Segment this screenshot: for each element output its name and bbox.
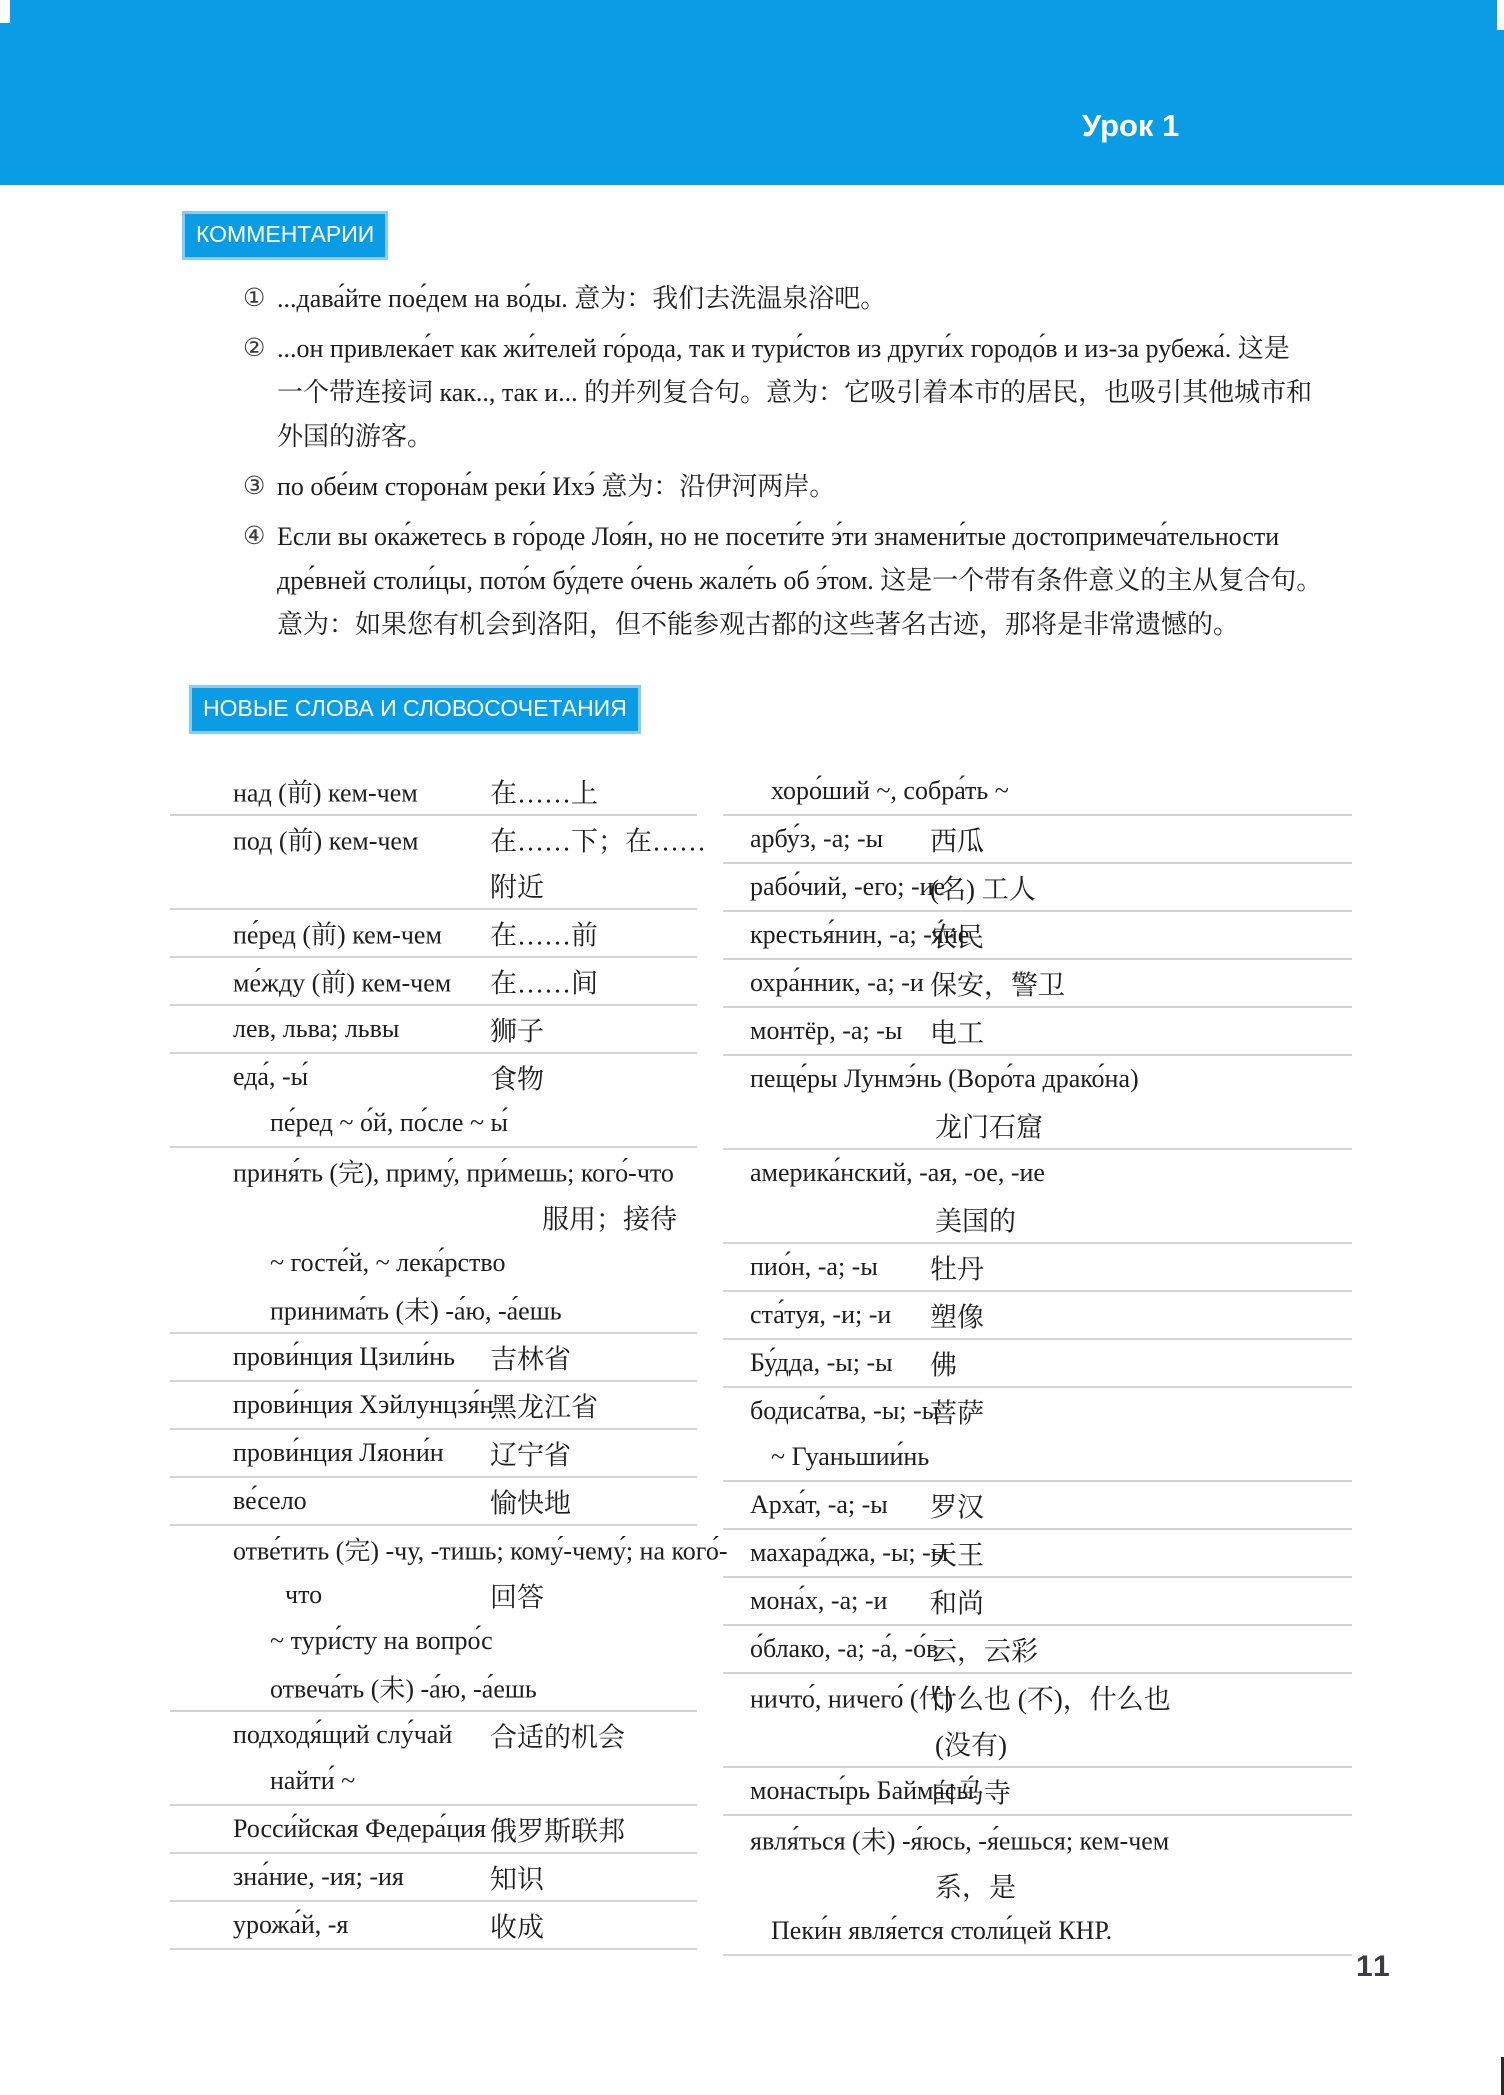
vocab-row: ничто́, ничего́ (代)什么也 (不)，什么也(没有) bbox=[723, 1674, 1352, 1768]
vocab-line: лев, льва; львы狮子 bbox=[170, 1006, 697, 1052]
vocab-chinese-text: 天王 bbox=[930, 1534, 984, 1573]
comment-number-marker: ① bbox=[243, 277, 277, 321]
vocab-chinese-text: 回答 bbox=[490, 1576, 544, 1615]
vocab-row: ве́село愉快地 bbox=[170, 1478, 697, 1526]
vocab-line: охра́нник, -а; -и保安，警卫 bbox=[723, 960, 1352, 1006]
vocab-chinese-text: 服用；接待 bbox=[542, 1198, 677, 1237]
vocab-line: Бу́дда, -ы; -ы佛 bbox=[723, 1340, 1352, 1386]
vocab-russian-text: пе́ред (前) кем-чем bbox=[233, 915, 442, 952]
vocab-row: пеще́ры Лунмэ́нь (Воро́та драко́на)龙门石窟 bbox=[723, 1056, 1352, 1150]
vocab-chinese-text: 食物 bbox=[490, 1058, 544, 1097]
corner-notch-right bbox=[1497, 0, 1504, 30]
vocab-russian-text: ~ госте́й, ~ лека́рство bbox=[270, 1248, 505, 1278]
vocab-line: прови́нция Цзили́нь吉林省 bbox=[170, 1334, 697, 1380]
vocab-line: бодиса́тва, -ы; -ы菩萨 bbox=[723, 1388, 1352, 1434]
vocab-row: ста́туя, -и; -и塑像 bbox=[723, 1292, 1352, 1340]
vocab-russian-text: пио́н, -а; -ы bbox=[750, 1252, 878, 1282]
vocab-russian-text: монтёр, -а; -ы bbox=[750, 1016, 902, 1046]
vocab-chinese-text: 合适的机会 bbox=[490, 1716, 625, 1755]
vocab-row: арбу́з, -а; -ы西瓜 bbox=[723, 816, 1352, 864]
vocab-row: монасты́рь Баймасы́白马寺 bbox=[723, 1768, 1352, 1816]
vocab-row: приня́ть (完), приму́, при́мешь; кого́-чт… bbox=[170, 1148, 697, 1334]
vocab-row: явля́ться (未) -я́юсь, -я́ешься; кем-чем系… bbox=[723, 1816, 1352, 1956]
vocab-chinese-text: 菩萨 bbox=[930, 1392, 984, 1431]
vocab-row: отве́тить (完) -чу, -тишь; кому́-чему́; н… bbox=[170, 1526, 697, 1712]
vocab-line: отве́тить (完) -чу, -тишь; кому́-чему́; н… bbox=[170, 1526, 697, 1572]
vocab-russian-text: ста́туя, -и; -и bbox=[750, 1300, 891, 1330]
vocab-chinese-text: 罗汉 bbox=[930, 1486, 984, 1525]
vocab-line: ста́туя, -и; -и塑像 bbox=[723, 1292, 1352, 1338]
vocab-row: Росси́йская Федера́ция俄罗斯联邦 bbox=[170, 1806, 697, 1854]
vocab-russian-text: ничто́, ничего́ (代) bbox=[750, 1679, 953, 1716]
comment-text-lines: Если вы ока́жетесь в го́роде Лоя́н, но н… bbox=[277, 515, 1483, 647]
vocab-chinese-text: 电工 bbox=[930, 1012, 984, 1051]
comment-item: ④Если вы ока́жетесь в го́роде Лоя́н, но … bbox=[243, 515, 1483, 647]
comments-list: ①...дава́йте пое́дем на во́ды. 意为：我们去洗温泉… bbox=[243, 277, 1483, 653]
vocab-row: под (前) кем-чем在……下；在……附近 bbox=[170, 816, 697, 910]
vocab-line: зна́ние, -ия; -ия知识 bbox=[170, 1854, 697, 1900]
vocab-row: зна́ние, -ия; -ия知识 bbox=[170, 1854, 697, 1902]
vocab-russian-text: Бу́дда, -ы; -ы bbox=[750, 1348, 893, 1378]
vocab-line: ничто́, ничего́ (代)什么也 (不)，什么也 bbox=[723, 1674, 1352, 1720]
vocab-chinese-text: 系，是 bbox=[935, 1866, 1016, 1905]
vocab-chinese-text: 保安，警卫 bbox=[930, 964, 1065, 1003]
comment-line-text: дре́вней столи́цы, пото́м бу́дете о́чень… bbox=[277, 559, 1483, 603]
vocab-line: (没有) bbox=[723, 1720, 1352, 1766]
vocab-chinese-text: 吉林省 bbox=[490, 1338, 571, 1377]
vocab-line: под (前) кем-чем在……下；在…… bbox=[170, 816, 697, 862]
comment-line-text: Если вы ока́жетесь в го́роде Лоя́н, но н… bbox=[277, 515, 1483, 559]
vocab-line: монасты́рь Баймасы́白马寺 bbox=[723, 1768, 1352, 1814]
vocab-line: приня́ть (完), приму́, при́мешь; кого́-чт… bbox=[170, 1148, 697, 1194]
vocab-row: прови́нция Цзили́нь吉林省 bbox=[170, 1334, 697, 1382]
comment-number-marker: ③ bbox=[243, 465, 277, 509]
comment-line-text: 意为：如果您有机会到洛阳，但不能参观古都的这些著名古迹，那将是非常遗憾的。 bbox=[277, 603, 1483, 647]
vocab-chinese-text: 狮子 bbox=[490, 1010, 544, 1049]
corner-notch-left bbox=[0, 0, 10, 23]
vocab-russian-text: подходя́щий слу́чай bbox=[233, 1720, 452, 1750]
vocab-chinese-text: 白马寺 bbox=[930, 1772, 1011, 1811]
vocab-row: лев, льва; львы狮子 bbox=[170, 1006, 697, 1054]
vocab-chinese-text: 在……下；在…… bbox=[490, 820, 706, 859]
vocab-russian-text: еда́, -ы́ bbox=[233, 1062, 308, 1092]
vocab-russian-text: ме́жду (前) кем-чем bbox=[233, 963, 451, 1000]
vocab-line: махара́джа, -ы; -ы天王 bbox=[723, 1530, 1352, 1576]
vocab-line: америка́нский, -ая, -ое, -ие bbox=[723, 1150, 1352, 1196]
vocab-chinese-text: 愉快地 bbox=[490, 1482, 571, 1521]
vocab-russian-text: зна́ние, -ия; -ия bbox=[233, 1862, 404, 1892]
vocab-line: Арха́т, -а; -ы罗汉 bbox=[723, 1482, 1352, 1528]
vocab-line: явля́ться (未) -я́юсь, -я́ешься; кем-чем bbox=[723, 1816, 1352, 1862]
vocab-line: 系，是 bbox=[723, 1862, 1352, 1908]
vocab-chinese-text: 黑龙江省 bbox=[490, 1386, 598, 1425]
comment-line-text: 外国的游客。 bbox=[277, 415, 1483, 459]
vocab-chinese-text: 在……上 bbox=[490, 772, 598, 811]
comment-number-marker: ④ bbox=[243, 515, 277, 647]
vocab-row: махара́джа, -ы; -ы天王 bbox=[723, 1530, 1352, 1578]
vocab-russian-text: ~ тури́сту на вопро́с bbox=[270, 1626, 493, 1656]
vocab-row: мона́х, -а; -и和尚 bbox=[723, 1578, 1352, 1626]
comment-item: ①...дава́йте пое́дем на во́ды. 意为：我们去洗温泉… bbox=[243, 277, 1483, 321]
vocab-line: прови́нция Ляони́н辽宁省 bbox=[170, 1430, 697, 1476]
vocab-chinese-text: 附近 bbox=[490, 866, 544, 905]
vocab-line: пио́н, -а; -ы牡丹 bbox=[723, 1244, 1352, 1290]
vocab-row: хоро́ший ~, собра́ть ~ bbox=[723, 768, 1352, 816]
vocab-russian-text: отве́тить (完) -чу, -тишь; кому́-чему́; н… bbox=[233, 1531, 727, 1568]
vocab-line: ~ тури́сту на вопро́с bbox=[170, 1618, 697, 1664]
lesson-title: Урок 1 bbox=[1082, 108, 1179, 144]
vocab-line: 美国的 bbox=[723, 1196, 1352, 1242]
vocab-section-title: НОВЫЕ СЛОВА И СЛОВОСОЧЕТАНИЯ bbox=[189, 685, 641, 734]
vocab-russian-text: ~ Гуаньшии́нь bbox=[771, 1442, 929, 1472]
vocab-row: рабо́чий, -его; -ие(名) 工人 bbox=[723, 864, 1352, 912]
vocab-row: америка́нский, -ая, -ое, -ие美国的 bbox=[723, 1150, 1352, 1244]
vocab-russian-text: принима́ть (未) -а́ю, -а́ешь bbox=[270, 1291, 562, 1328]
comments-section-title: КОММЕНТАРИИ bbox=[182, 211, 388, 260]
vocab-line: принима́ть (未) -а́ю, -а́ешь bbox=[170, 1286, 697, 1332]
vocab-russian-text: под (前) кем-чем bbox=[233, 821, 418, 858]
vocab-line: 龙门石窟 bbox=[723, 1102, 1352, 1148]
vocab-line: пеще́ры Лунмэ́нь (Воро́та драко́на) bbox=[723, 1056, 1352, 1102]
vocab-russian-text: рабо́чий, -его; -ие bbox=[750, 872, 945, 902]
vocab-russian-text: отвеча́ть (未) -а́ю, -а́ешь bbox=[270, 1669, 537, 1706]
vocab-chinese-text: 美国的 bbox=[935, 1200, 1016, 1239]
vocab-chinese-text: 什么也 (不)，什么也 bbox=[930, 1678, 1171, 1717]
vocab-russian-text: приня́ть (完), приму́, при́мешь; кого́-чт… bbox=[233, 1153, 674, 1190]
vocab-line: над (前) кем-чем在……上 bbox=[170, 768, 697, 814]
vocab-line: рабо́чий, -его; -ие(名) 工人 bbox=[723, 864, 1352, 910]
vocab-line: что回答 bbox=[170, 1572, 697, 1618]
vocab-chinese-text: 在……间 bbox=[490, 962, 598, 1001]
comment-text-lines: ...дава́йте пое́дем на во́ды. 意为：我们去洗温泉浴… bbox=[277, 277, 1483, 321]
vocab-row: ме́жду (前) кем-чем在……间 bbox=[170, 958, 697, 1006]
comment-line-text: по обе́им сторона́м реки́ Ихэ́ 意为：沿伊河两岸。 bbox=[277, 465, 1483, 509]
vocab-chinese-text: 俄罗斯联邦 bbox=[490, 1810, 625, 1849]
vocab-russian-text: явля́ться (未) -я́юсь, -я́ешься; кем-чем bbox=[750, 1821, 1169, 1858]
comment-item: ②...он привлека́ет как жи́телей го́рода,… bbox=[243, 327, 1483, 459]
comment-text-lines: по обе́им сторона́м реки́ Ихэ́ 意为：沿伊河两岸。 bbox=[277, 465, 1483, 509]
vocab-russian-text: ве́село bbox=[233, 1486, 307, 1516]
vocab-row: о́блако, -а; -а́, -о́в云，云彩 bbox=[723, 1626, 1352, 1674]
vocab-row: бодиса́тва, -ы; -ы菩萨~ Гуаньшии́нь bbox=[723, 1388, 1352, 1482]
vocab-row: Бу́дда, -ы; -ы佛 bbox=[723, 1340, 1352, 1388]
vocab-chinese-text: 收成 bbox=[490, 1906, 544, 1945]
vocab-line: ~ госте́й, ~ лека́рство bbox=[170, 1240, 697, 1286]
vocab-chinese-text: 西瓜 bbox=[930, 820, 984, 859]
vocab-russian-text: бодиса́тва, -ы; -ы bbox=[750, 1396, 939, 1426]
vocab-russian-text: урожа́й, -я bbox=[233, 1910, 348, 1940]
vocab-line: прови́нция Хэйлунцзя́н黑龙江省 bbox=[170, 1382, 697, 1428]
vocab-line: еда́, -ы́食物 bbox=[170, 1054, 697, 1100]
comment-number-marker: ② bbox=[243, 327, 277, 459]
vocab-line: о́блако, -а; -а́, -о́в云，云彩 bbox=[723, 1626, 1352, 1672]
vocab-russian-text: о́блако, -а; -а́, -о́в bbox=[750, 1634, 938, 1664]
vocab-chinese-text: (没有) bbox=[935, 1724, 1007, 1763]
vocab-russian-text: найти́ ~ bbox=[270, 1766, 355, 1796]
vocab-line: 服用；接待 bbox=[170, 1194, 697, 1240]
vocab-row: Арха́т, -а; -ы罗汉 bbox=[723, 1482, 1352, 1530]
vocab-line: Росси́йская Федера́ция俄罗斯联邦 bbox=[170, 1806, 697, 1852]
vocab-chinese-text: 塑像 bbox=[930, 1296, 984, 1335]
vocab-line: Пеки́н явля́ется столи́цей КНР. bbox=[723, 1908, 1352, 1954]
vocab-row: крестья́нин, -а; -я́не农民 bbox=[723, 912, 1352, 960]
vocab-row: прови́нция Ляони́н辽宁省 bbox=[170, 1430, 697, 1478]
vocab-russian-text: хоро́ший ~, собра́ть ~ bbox=[771, 776, 1009, 806]
vocab-russian-text: мона́х, -а; -и bbox=[750, 1586, 887, 1616]
lesson-header-bar: Урок 1 bbox=[0, 0, 1504, 185]
comment-item: ③по обе́им сторона́м реки́ Ихэ́ 意为：沿伊河两岸… bbox=[243, 465, 1483, 509]
vocab-chinese-text: 佛 bbox=[930, 1344, 957, 1383]
vocab-chinese-text: 牡丹 bbox=[930, 1248, 984, 1287]
vocab-row: пе́ред (前) кем-чем在……前 bbox=[170, 910, 697, 958]
vocab-chinese-text: 龙门石窟 bbox=[935, 1106, 1043, 1145]
vocab-line: пе́ред (前) кем-чем在……前 bbox=[170, 910, 697, 956]
vocab-chinese-text: 辽宁省 bbox=[490, 1434, 571, 1473]
vocab-line: подходя́щий слу́чай合适的机会 bbox=[170, 1712, 697, 1758]
comment-line-text: ...он привлека́ет как жи́телей го́рода, … bbox=[277, 327, 1483, 371]
vocab-line: ме́жду (前) кем-чем在……间 bbox=[170, 958, 697, 1004]
vocab-russian-text: Росси́йская Федера́ция bbox=[233, 1814, 486, 1844]
vocab-russian-text: прови́нция Ляони́н bbox=[233, 1438, 444, 1468]
vocab-russian-text: арбу́з, -а; -ы bbox=[750, 824, 883, 854]
vocab-russian-text: Арха́т, -а; -ы bbox=[750, 1490, 888, 1520]
vocab-row: подходя́щий слу́чай合适的机会найти́ ~ bbox=[170, 1712, 697, 1806]
comment-line-text: ...дава́йте пое́дем на во́ды. 意为：我们去洗温泉浴… bbox=[277, 277, 1483, 321]
vocab-line: найти́ ~ bbox=[170, 1758, 697, 1804]
vocab-russian-text: америка́нский, -ая, -ое, -ие bbox=[750, 1158, 1045, 1188]
vocab-russian-text: над (前) кем-чем bbox=[233, 773, 418, 810]
vocab-chinese-text: 知识 bbox=[490, 1858, 544, 1897]
vocab-row: над (前) кем-чем在……上 bbox=[170, 768, 697, 816]
vocab-line: арбу́з, -а; -ы西瓜 bbox=[723, 816, 1352, 862]
vocab-line: отвеча́ть (未) -а́ю, -а́ешь bbox=[170, 1664, 697, 1710]
comment-text-lines: ...он привлека́ет как жи́телей го́рода, … bbox=[277, 327, 1483, 459]
vocab-chinese-text: (名) 工人 bbox=[930, 868, 1036, 907]
vocab-chinese-text: 和尚 bbox=[930, 1582, 984, 1621]
vocab-russian-text: лев, льва; львы bbox=[233, 1014, 399, 1044]
vocab-russian-text: Пеки́н явля́ется столи́цей КНР. bbox=[771, 1916, 1112, 1946]
page-number: 11 bbox=[1356, 1950, 1392, 1984]
vocab-russian-text: махара́джа, -ы; -ы bbox=[750, 1538, 948, 1568]
vocab-row: прови́нция Хэйлунцзя́н黑龙江省 bbox=[170, 1382, 697, 1430]
vocab-line: ~ Гуаньшии́нь bbox=[723, 1434, 1352, 1480]
vocab-russian-text: пе́ред ~ о́й, по́сле ~ ы́ bbox=[270, 1108, 508, 1138]
vocab-chinese-text: 云，云彩 bbox=[930, 1630, 1038, 1669]
vocab-line: крестья́нин, -а; -я́не农民 bbox=[723, 912, 1352, 958]
vocab-row: охра́нник, -а; -и保安，警卫 bbox=[723, 960, 1352, 1008]
vocab-line: монтёр, -а; -ы电工 bbox=[723, 1008, 1352, 1054]
vocab-column-right: хоро́ший ~, собра́ть ~арбу́з, -а; -ы西瓜ра… bbox=[723, 768, 1352, 1956]
vocab-line: урожа́й, -я收成 bbox=[170, 1902, 697, 1948]
vocab-row: пио́н, -а; -ы牡丹 bbox=[723, 1244, 1352, 1292]
vocab-chinese-text: 在……前 bbox=[490, 914, 598, 953]
vocab-line: 附近 bbox=[170, 862, 697, 908]
vocab-column-left: над (前) кем-чем在……上под (前) кем-чем在……下；在… bbox=[170, 768, 697, 1950]
vocab-russian-text: прови́нция Хэйлунцзя́н bbox=[233, 1390, 493, 1420]
vocab-row: урожа́й, -я收成 bbox=[170, 1902, 697, 1950]
vocab-line: пе́ред ~ о́й, по́сле ~ ы́ bbox=[170, 1100, 697, 1146]
vocab-row: еда́, -ы́食物пе́ред ~ о́й, по́сле ~ ы́ bbox=[170, 1054, 697, 1148]
vocab-line: ве́село愉快地 bbox=[170, 1478, 697, 1524]
vocab-russian-text: охра́нник, -а; -и bbox=[750, 968, 924, 998]
vocab-line: мона́х, -а; -и和尚 bbox=[723, 1578, 1352, 1624]
vocab-russian-text: прови́нция Цзили́нь bbox=[233, 1342, 455, 1372]
vocab-line: хоро́ший ~, собра́ть ~ bbox=[723, 768, 1352, 814]
vocab-russian-text: пеще́ры Лунмэ́нь (Воро́та драко́на) bbox=[750, 1064, 1139, 1094]
vocab-chinese-text: 农民 bbox=[930, 916, 984, 955]
vocab-row: монтёр, -а; -ы电工 bbox=[723, 1008, 1352, 1056]
comment-line-text: 一个带连接词 как.., так и... 的并列复合句。意为：它吸引着本市的… bbox=[277, 371, 1483, 415]
vocab-russian-text: что bbox=[285, 1580, 322, 1610]
